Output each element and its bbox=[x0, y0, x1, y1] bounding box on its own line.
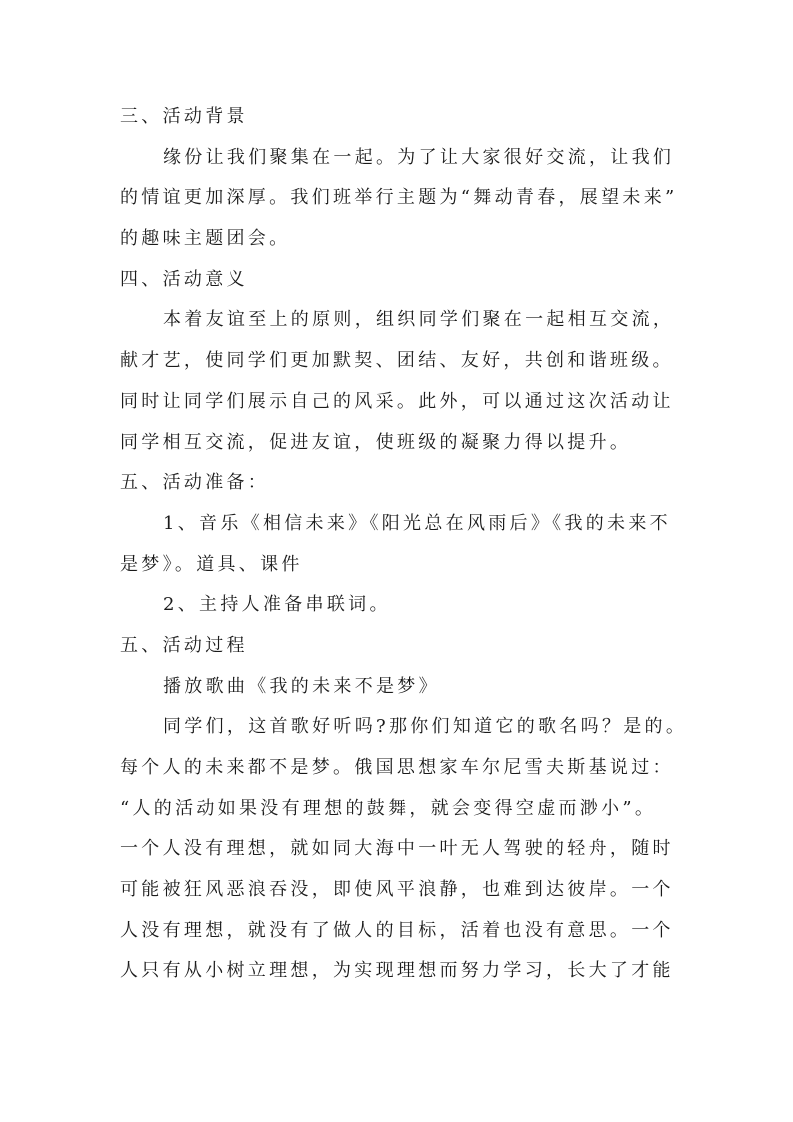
paragraph-line: 献才艺，使同学们更加默契、团结、友好，共创和谐班级。 bbox=[120, 341, 680, 382]
section-heading-background: 三、活动背景 bbox=[120, 97, 680, 138]
paragraph-line: 同学们，这首歌好听吗?那你们知道它的歌名吗？是的。 bbox=[120, 707, 680, 748]
paragraph-line: 缘份让我们聚集在一起。为了让大家很好交流，让我们 bbox=[120, 138, 680, 179]
paragraph-line: 播放歌曲《我的未来不是梦》 bbox=[120, 667, 680, 708]
paragraph-line: 同学相互交流，促进友谊，使班级的凝聚力得以提升。 bbox=[120, 423, 680, 464]
paragraph-line: 的情谊更加深厚。我们班举行主题为“舞动青春，展望未来” bbox=[120, 178, 680, 219]
paragraph-line: 人只有从小树立理想，为实现理想而努力学习，长大了才能 bbox=[120, 951, 680, 992]
paragraph-line: 本着友谊至上的原则，组织同学们聚在一起相互交流， bbox=[120, 300, 680, 341]
section-heading-preparation: 五、活动准备： bbox=[120, 463, 680, 504]
paragraph-line: 人没有理想，就没有了做人的目标，活着也没有意思。一个 bbox=[120, 911, 680, 952]
paragraph-line: 一个人没有理想，就如同大海中一叶无人驾驶的轻舟，随时 bbox=[120, 829, 680, 870]
paragraph-line: “人的活动如果没有理想的鼓舞，就会变得空虚而渺小”。 bbox=[120, 789, 680, 830]
paragraph-line: 同时让同学们展示自己的风采。此外，可以通过这次活动让 bbox=[120, 382, 680, 423]
document-page: 三、活动背景 缘份让我们聚集在一起。为了让大家很好交流，让我们 的情谊更加深厚。… bbox=[120, 97, 680, 992]
list-item: 1、音乐《相信未来》《阳光总在风雨后》《我的未来不 bbox=[120, 504, 680, 545]
section-heading-significance: 四、活动意义 bbox=[120, 260, 680, 301]
section-heading-process: 五、活动过程 bbox=[120, 626, 680, 667]
list-item-continuation: 是梦》。道具、课件 bbox=[120, 545, 680, 586]
list-item: 2、主持人准备串联词。 bbox=[120, 585, 680, 626]
paragraph-line: 的趣味主题团会。 bbox=[120, 219, 680, 260]
paragraph-line: 可能被狂风恶浪吞没，即使风平浪静，也难到达彼岸。一个 bbox=[120, 870, 680, 911]
paragraph-line: 每个人的未来都不是梦。俄国思想家车尔尼雪夫斯基说过： bbox=[120, 748, 680, 789]
